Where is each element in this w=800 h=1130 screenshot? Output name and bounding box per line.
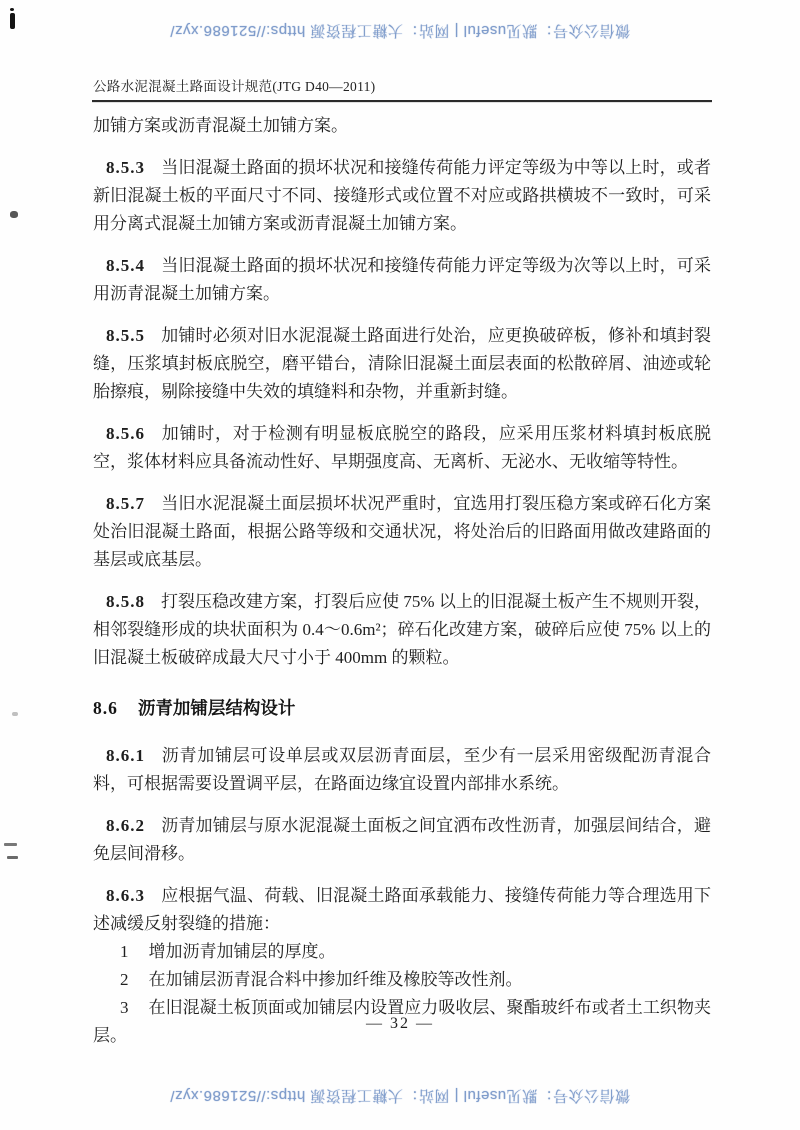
- list-item-number: 2: [120, 970, 129, 989]
- clause-8-5-5: 8.5.5加铺时必须对旧水泥混凝土路面进行处治，应更换破碎板，修补和填封裂缝，压…: [93, 322, 711, 406]
- clause-number: 8.5.7: [106, 494, 145, 513]
- section-heading-8-6: 8.6沥青加铺层结构设计: [93, 694, 711, 722]
- list-item-text: 增加沥青加铺层的厚度。: [149, 942, 336, 961]
- list-item-2: 2在加铺层沥青混合料中掺加纤维及橡胶等改性剂。: [93, 966, 711, 994]
- clause-number: 8.5.4: [106, 256, 145, 275]
- section-title: 沥青加铺层结构设计: [138, 698, 296, 718]
- section-number: 8.6: [93, 698, 118, 718]
- clause-number: 8.6.1: [106, 746, 145, 765]
- clause-8-5-3: 8.5.3当旧混凝土路面的损坏状况和接缝传荷能力评定等级为中等以上时，或者新旧混…: [93, 154, 711, 238]
- scan-dash-artifact: [7, 856, 18, 859]
- clause-8-6-1: 8.6.1沥青加铺层可设单层或双层沥青面层，至少有一层采用密级配沥青混合料，可根…: [93, 742, 711, 798]
- clause-number: 8.6.2: [106, 816, 145, 835]
- scan-faint-mark-artifact: [12, 712, 18, 716]
- clause-number: 8.5.3: [106, 158, 145, 177]
- list-item-text: 在加铺层沥青混合料中掺加纤维及橡胶等改性剂。: [149, 970, 523, 989]
- watermark-bottom: 微信公众号：默见useful | 网站：大糖工程资源 https://52168…: [0, 1086, 800, 1107]
- header-rule: [92, 100, 712, 102]
- clause-text: 当旧混凝土路面的损坏状况和接缝传荷能力评定等级为次等以上时，可采用沥青混凝土加铺…: [93, 256, 711, 303]
- clause-text: 应根据气温、荷载、旧混凝土路面承载能力、接缝传荷能力等合理选用下述减缓反射裂缝的…: [93, 886, 711, 933]
- clause-text: 加铺时必须对旧水泥混凝土路面进行处治，应更换破碎板，修补和填封裂缝，压浆填封板底…: [93, 326, 711, 401]
- clause-8-5-6: 8.5.6加铺时，对于检测有明显板底脱空的路段，应采用压浆材料填封板底脱空，浆体…: [93, 420, 711, 476]
- clause-8-5-8: 8.5.8打裂压稳改建方案，打裂后应使 75% 以上的旧混凝土板产生不规则开裂，…: [93, 588, 711, 672]
- scan-ink-blob-artifact: [10, 211, 18, 218]
- clause-text: 打裂压稳改建方案，打裂后应使 75% 以上的旧混凝土板产生不规则开裂，相邻裂缝形…: [93, 592, 711, 667]
- document-body: 加铺方案或沥青混凝土加铺方案。 8.5.3当旧混凝土路面的损坏状况和接缝传荷能力…: [93, 112, 711, 1050]
- clause-number: 8.5.8: [106, 592, 145, 611]
- clause-number: 8.5.6: [106, 424, 145, 443]
- page-number: — 32 —: [0, 1013, 800, 1035]
- clause-8-6-3: 8.6.3应根据气温、荷载、旧混凝土路面承载能力、接缝传荷能力等合理选用下述减缓…: [93, 882, 711, 938]
- clause-8-6-2: 8.6.2沥青加铺层与原水泥混凝土面板之间宜洒布改性沥青，加强层间结合，避免层间…: [93, 812, 711, 868]
- clause-8-5-7: 8.5.7当旧水泥混凝土面层损坏状况严重时，宜选用打裂压稳方案或碎石化方案处治旧…: [93, 490, 711, 574]
- running-header-title: 公路水泥混凝土路面设计规范(JTG D40—2011): [93, 77, 375, 97]
- clause-number: 8.6.3: [106, 886, 145, 905]
- clause-text: 加铺时，对于检测有明显板底脱空的路段，应采用压浆材料填封板底脱空，浆体材料应具备…: [93, 424, 711, 471]
- paragraph-continuation: 加铺方案或沥青混凝土加铺方案。: [93, 112, 711, 140]
- clause-8-5-4: 8.5.4当旧混凝土路面的损坏状况和接缝传荷能力评定等级为次等以上时，可采用沥青…: [93, 252, 711, 308]
- clause-text: 当旧混凝土路面的损坏状况和接缝传荷能力评定等级为中等以上时，或者新旧混凝土板的平…: [93, 158, 711, 233]
- clause-text: 沥青加铺层可设单层或双层沥青面层，至少有一层采用密级配沥青混合料，可根据需要设置…: [93, 746, 711, 793]
- clause-text: 当旧水泥混凝土面层损坏状况严重时，宜选用打裂压稳方案或碎石化方案处治旧混凝土路面…: [93, 494, 711, 569]
- clause-text: 沥青加铺层与原水泥混凝土面板之间宜洒布改性沥青，加强层间结合，避免层间滑移。: [93, 816, 711, 863]
- scanned-document-page: 微信公众号：默见useful | 网站：大糖工程资源 https://52168…: [0, 0, 800, 1130]
- list-item-1: 1增加沥青加铺层的厚度。: [93, 938, 711, 966]
- list-item-number: 1: [120, 942, 129, 961]
- scan-ink-dot-artifact: [10, 8, 14, 11]
- clause-number: 8.5.5: [106, 326, 145, 345]
- watermark-top: 微信公众号：默见useful | 网站：大糖工程资源 https://52168…: [0, 21, 800, 42]
- scan-dash-artifact: [4, 843, 17, 846]
- scan-ink-bar-artifact: [10, 13, 15, 29]
